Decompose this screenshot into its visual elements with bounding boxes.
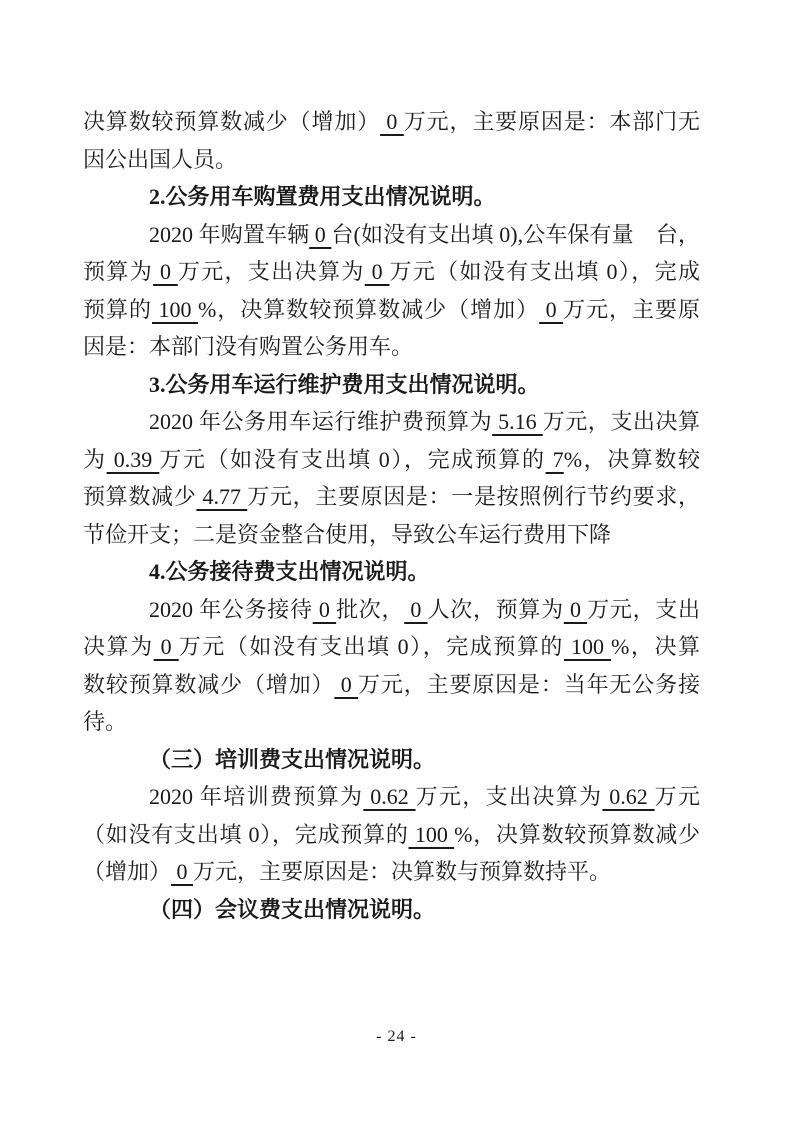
body-line: 待。 [83, 703, 700, 741]
text-run: 预算为 [83, 259, 153, 284]
blank-filled-value: 100 [152, 297, 198, 322]
text-run: 万元，主要原因是：本部门无 [404, 109, 700, 134]
text-run: 4.公务接待费支出情况说明。 [149, 559, 430, 584]
text-run: 为 [83, 447, 107, 472]
text-run: 因公出国人员。 [83, 147, 237, 172]
text-run: 万元，支出 [587, 597, 700, 622]
text-run: 因是：本部门没有购置公务用车。 [83, 334, 413, 359]
blank-filled-value: 5.16 [492, 409, 543, 434]
text-run: 2020 年公务用车运行维护费预算为 [149, 409, 492, 434]
text-run: 万元 [655, 784, 700, 809]
text-run: （如没有支出填 0），完成预算的 [83, 822, 409, 847]
blank-filled-value: 100 [409, 822, 455, 847]
text-run: 2020 年培训费预算为 [149, 784, 363, 809]
blank-filled-value: 0 [564, 597, 587, 622]
blank-filled-value: 0 [365, 259, 390, 284]
page-number: - 24 - [0, 1028, 793, 1046]
text-run: %，决算 [611, 634, 700, 659]
body-line: 2020 年公务用车运行维护费预算为 5.16 万元，支出决算 [83, 403, 700, 441]
text-run: 决算数较预算数减少（增加） [83, 109, 380, 134]
body-line: 2020 年购置车辆 0 台(如没有支出填 0),公车保有量 台， [83, 216, 700, 254]
text-run: 待。 [83, 709, 127, 734]
blank-filled-value: 0.62 [602, 784, 654, 809]
text-run: 万元，主要原因是：决算数与预算数持平。 [193, 859, 611, 884]
blank-filled-value: 100 [564, 634, 611, 659]
blank-filled-value: 0 [153, 259, 178, 284]
body-line: 因公出国人员。 [83, 141, 700, 179]
text-run: 节俭开支；二是资金整合使用，导致公车运行费用下降 [83, 522, 611, 547]
body-line: 节俭开支；二是资金整合使用，导致公车运行费用下降 [83, 516, 700, 554]
text-run: （三）培训费支出情况说明。 [149, 747, 435, 772]
text-run: 批次， [336, 597, 404, 622]
blank-filled-value: 0 [334, 672, 358, 697]
text-run: 万元，支出决算为 [416, 784, 603, 809]
heading-training-fee: （三）培训费支出情况说明。 [83, 741, 700, 779]
blank-filled-value: 0 [380, 109, 404, 134]
body-line: 预算的 100 %，决算数较预算数减少（增加） 0 万元，主要原 [83, 291, 700, 329]
blank-filled-value: 7 [546, 447, 564, 472]
text-run: 万元（如没有支出填 0），完成 [389, 259, 700, 284]
text-run: 决算为 [83, 634, 154, 659]
text-run: 预算数减少 [83, 484, 196, 509]
blank-filled-value: 0 [404, 597, 427, 622]
blank-filled-value: 0.39 [107, 447, 160, 472]
text-run: 万元，主要原 [563, 297, 700, 322]
text-run: 3.公务用车运行维护费用支出情况说明。 [149, 372, 540, 397]
heading-2-vehicle-purchase: 2.公务用车购置费用支出情况说明。 [83, 178, 700, 216]
body-line: 预算数减少 4.77 万元，主要原因是：一是按照例行节约要求， [83, 478, 700, 516]
body-line: 数较预算数减少（增加） 0 万元，主要原因是：当年无公务接 [83, 666, 700, 704]
body-line: 决算数较预算数减少（增加） 0 万元，主要原因是：本部门无 [83, 103, 700, 141]
text-run: %，决算数较 [564, 447, 700, 472]
text-run: 万元（如没有支出填 0），完成预算的 [179, 634, 564, 659]
blank-filled-value: 4.77 [196, 484, 247, 509]
body-line: 决算为 0 万元（如没有支出填 0），完成预算的 100 %，决算 [83, 628, 700, 666]
body-line: （增加） 0 万元，主要原因是：决算数与预算数持平。 [83, 853, 700, 891]
body-line: 2020 年培训费预算为 0.62 万元，支出决算为 0.62 万元 [83, 778, 700, 816]
document-page: 决算数较预算数减少（增加） 0 万元，主要原因是：本部门无 因公出国人员。 2.… [0, 0, 793, 1122]
body-line: 因是：本部门没有购置公务用车。 [83, 328, 700, 366]
text-run: 万元，支出决算为 [178, 259, 365, 284]
document-text-block: 决算数较预算数减少（增加） 0 万元，主要原因是：本部门无 因公出国人员。 2.… [83, 103, 700, 928]
blank-filled-value: 0.62 [363, 784, 415, 809]
text-run: 预算的 [83, 297, 152, 322]
text-run: %，决算数较预算数减少（增加） [198, 297, 539, 322]
blank-filled-value: 0 [313, 597, 336, 622]
heading-3-vehicle-operation: 3.公务用车运行维护费用支出情况说明。 [83, 366, 700, 404]
body-line: 2020 年公务接待 0 批次， 0 人次，预算为 0 万元，支出 [83, 591, 700, 629]
blank-filled-value: 0 [539, 297, 563, 322]
text-run: 万元，主要原因是：当年无公务接 [358, 672, 700, 697]
heading-4-official-reception: 4.公务接待费支出情况说明。 [83, 553, 700, 591]
text-run: （四）会议费支出情况说明。 [149, 897, 435, 922]
text-run: 万元（如没有支出填 0），完成预算的 [159, 447, 545, 472]
text-run: %，决算数较预算数减少 [454, 822, 700, 847]
blank-filled-value: 0 [309, 222, 331, 247]
body-line: 为 0.39 万元（如没有支出填 0），完成预算的 7%，决算数较 [83, 441, 700, 479]
text-run: 台(如没有支出填 0),公车保有量 台， [331, 222, 700, 247]
body-line: 预算为 0 万元，支出决算为 0 万元（如没有支出填 0），完成 [83, 253, 700, 291]
text-run: 人次，预算为 [428, 597, 564, 622]
text-run: 数较预算数减少（增加） [83, 672, 334, 697]
text-run: （增加） [83, 859, 171, 884]
blank-filled-value: 0 [171, 859, 193, 884]
blank-filled-value: 0 [154, 634, 179, 659]
text-run: 万元，支出决算 [543, 409, 700, 434]
body-line: （如没有支出填 0），完成预算的 100 %，决算数较预算数减少 [83, 816, 700, 854]
text-run: 2020 年公务接待 [149, 597, 313, 622]
text-run: 万元，主要原因是：一是按照例行节约要求， [247, 484, 700, 509]
heading-meeting-fee: （四）会议费支出情况说明。 [83, 891, 700, 929]
text-run: 2020 年购置车辆 [149, 222, 309, 247]
text-run: 2.公务用车购置费用支出情况说明。 [149, 184, 496, 209]
